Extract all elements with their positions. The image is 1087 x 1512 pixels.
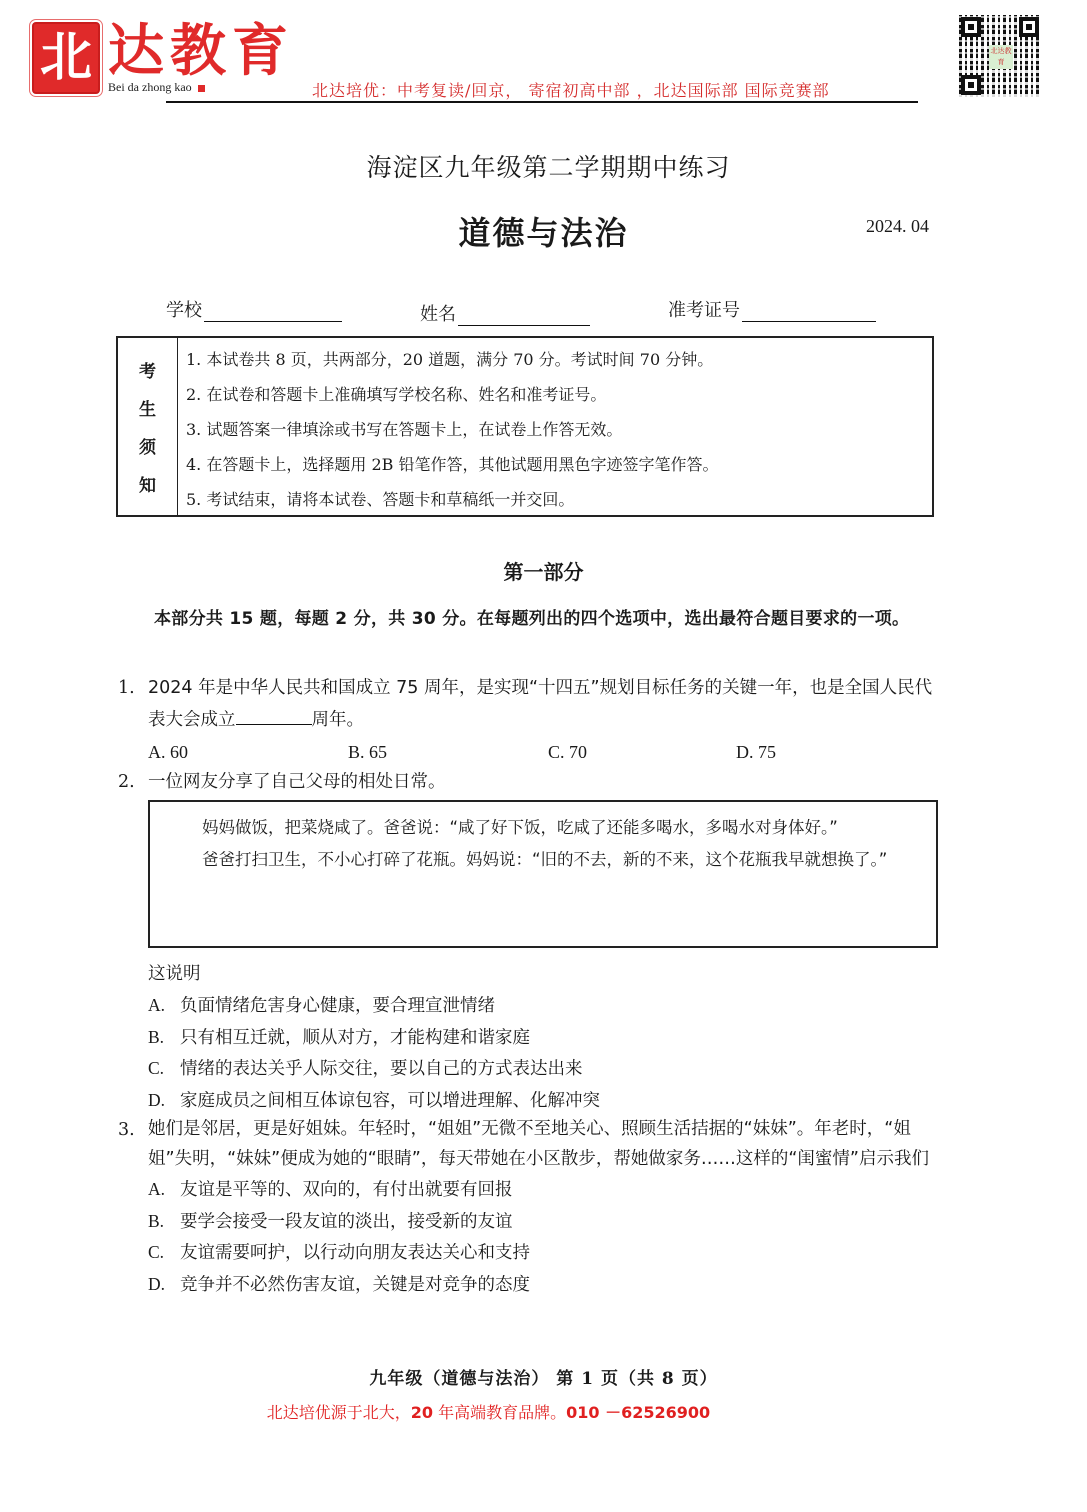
notice-item: 4. 在答题卡上，选择题用 2B 铅笔作答，其他试题用黑色字迹签字笔作答。 (186, 453, 932, 488)
question-text: 她们是邻居，更是好姐妹。年轻时，“姐姐”无微不至地关心、照顾生活拮据的“妹妹”。… (148, 1114, 940, 1174)
question-3: 3. 她们是邻居，更是好姐妹。年轻时，“姐姐”无微不至地关心、照顾生活拮据的“妹… (118, 1114, 940, 1300)
page-number-footer: 九年级（道德与法治） 第 1 页（共 8 页） (0, 1364, 1087, 1389)
red-square-icon (198, 85, 205, 92)
option-b[interactable]: B.要学会接受一段友谊的淡出，接受新的友谊 (148, 1206, 940, 1238)
exam-title: 海淀区九年级第二学期期中练习 (0, 148, 1087, 184)
banner-slogan: 北达培优：中考复读/回京， 寄宿初高中部 ，北达国际部 国际竞赛部 (312, 78, 830, 101)
school-field[interactable]: 学校 (166, 296, 342, 322)
brand-logo-subtitle: Bei da zhong kao (108, 80, 205, 95)
exam-id-field[interactable]: 准考证号 (668, 296, 876, 322)
material-box: 妈妈做饭，把菜烧咸了。爸爸说：“咸了好下饭，吃咸了还能多喝水，多喝水对身体好。”… (148, 800, 938, 948)
exam-date: 2024. 04 (866, 216, 929, 237)
school-label: 学校 (166, 296, 202, 322)
logo-glyph: 北 (40, 32, 92, 84)
part-title: 第一部分 (0, 556, 1087, 585)
material-paragraph: 爸爸打扫卫生，不小心打碎了花瓶。妈妈说：“旧的不去，新的不来，这个花瓶我早就想换… (168, 844, 920, 876)
promo-footer: 北达培优源于北大，20 年高端教育品牌。010 －62526900 (0, 1400, 1087, 1423)
notice-list: 1. 本试卷共 8 页，共两部分，20 道题，满分 70 分。考试时间 70 分… (178, 338, 932, 515)
option-text: 友谊需要呵护，以行动向朋友表达关心和支持 (180, 1243, 530, 1263)
options-list: A.负面情绪危害身心健康，要合理宣泄情绪 B.只有相互迁就，顺从对方，才能构建和… (148, 990, 938, 1116)
qr-finder-pattern (961, 17, 981, 37)
option-letter: C. (148, 1053, 180, 1085)
question-text-part: 周年。 (312, 710, 365, 730)
notice-label-char: 须 (139, 433, 156, 458)
notice-item: 5. 考试结束，请将本试卷、答题卡和草稿纸一并交回。 (186, 488, 932, 523)
option-b[interactable]: B. 65 (348, 736, 548, 768)
question-lead: 这说明 (148, 958, 938, 990)
promo-text: 北达培优源于北大， (267, 1403, 411, 1422)
option-text: 友谊是平等的、双向的，有付出就要有回报 (180, 1180, 513, 1200)
option-letter: D. (148, 1085, 180, 1117)
question-number: 3. (118, 1114, 148, 1174)
qr-finder-pattern (961, 75, 981, 95)
option-a[interactable]: A.负面情绪危害身心健康，要合理宣泄情绪 (148, 990, 938, 1022)
brand-logo-text: 达教育 (108, 18, 294, 84)
option-d[interactable]: D.竞争并不必然伤害友谊，关键是对竞争的态度 (148, 1269, 940, 1301)
option-text: 家庭成员之间相互体谅包容，可以增进理解、化解冲突 (180, 1091, 600, 1111)
notice-item: 3. 试题答案一律填涂或书写在答题卡上，在试卷上作答无效。 (186, 418, 932, 453)
name-field[interactable]: 姓名 (420, 300, 590, 326)
question-text: 一位网友分享了自己父母的相处日常。 (148, 766, 940, 798)
option-letter: A. (148, 1174, 180, 1206)
part-instructions: 本部分共 15 题，每题 2 分，共 30 分。在每题列出的四个选项中，选出最符… (118, 600, 938, 638)
school-blank[interactable] (204, 300, 342, 322)
option-d[interactable]: D.家庭成员之间相互体谅包容，可以增进理解、化解冲突 (148, 1085, 938, 1117)
notice-item: 2. 在试卷和答题卡上准确填写学校名称、姓名和准考证号。 (186, 383, 932, 418)
question-stem: 1. 2024 年是中华人民共和国成立 75 周年，是实现“十四五”规划目标任务… (118, 672, 940, 736)
question-2-options: 这说明 A.负面情绪危害身心健康，要合理宣泄情绪 B.只有相互迁就，顺从对方，才… (148, 958, 938, 1116)
qr-code-icon: 北达教育 (958, 14, 1042, 98)
exam-id-label: 准考证号 (668, 296, 740, 322)
option-d[interactable]: D. 75 (736, 736, 936, 768)
name-label: 姓名 (420, 300, 456, 326)
qr-center-logo: 北达教育 (989, 45, 1013, 69)
fill-blank (236, 705, 312, 725)
question-text: 2024 年是中华人民共和国成立 75 周年，是实现“十四五”规划目标任务的关键… (148, 672, 940, 736)
name-blank[interactable] (458, 304, 590, 326)
option-letter: C. (148, 1237, 180, 1269)
option-c[interactable]: C.情绪的表达关乎人际交往，要以自己的方式表达出来 (148, 1053, 938, 1085)
option-text: 竞争并不必然伤害友谊，关键是对竞争的态度 (180, 1275, 530, 1295)
question-number: 2. (118, 766, 148, 798)
option-c[interactable]: C.友谊需要呵护，以行动向朋友表达关心和支持 (148, 1237, 940, 1269)
option-text: 要学会接受一段友谊的淡出，接受新的友谊 (180, 1212, 513, 1232)
exam-id-blank[interactable] (742, 300, 876, 322)
option-letter: B. (148, 1022, 180, 1054)
question-stem: 2. 一位网友分享了自己父母的相处日常。 (118, 766, 940, 798)
question-1: 1. 2024 年是中华人民共和国成立 75 周年，是实现“十四五”规划目标任务… (118, 672, 940, 768)
options-row: A. 60 B. 65 C. 70 D. 75 (118, 736, 940, 768)
question-2: 2. 一位网友分享了自己父母的相处日常。 (118, 766, 940, 798)
notice-label-char: 生 (139, 395, 156, 420)
notice-label-char: 知 (139, 471, 156, 496)
notice-label-char: 考 (139, 357, 156, 382)
question-number: 1. (118, 672, 148, 736)
notice-item: 1. 本试卷共 8 页，共两部分，20 道题，满分 70 分。考试时间 70 分… (186, 348, 932, 383)
option-text: 负面情绪危害身心健康，要合理宣泄情绪 (180, 996, 495, 1016)
options-list: A.友谊是平等的、双向的，有付出就要有回报 B.要学会接受一段友谊的淡出，接受新… (118, 1174, 940, 1300)
brand-logo-mark: 北 (32, 22, 100, 94)
option-c[interactable]: C. 70 (548, 736, 736, 768)
option-b[interactable]: B.只有相互迁就，顺从对方，才能构建和谐家庭 (148, 1022, 938, 1054)
promo-years: 20 (411, 1403, 433, 1422)
question-stem: 3. 她们是邻居，更是好姐妹。年轻时，“姐姐”无微不至地关心、照顾生活拮据的“妹… (118, 1114, 940, 1174)
exam-notice-box: 考 生 须 知 1. 本试卷共 8 页，共两部分，20 道题，满分 70 分。考… (116, 336, 934, 517)
promo-phone: 010 －62526900 (566, 1403, 710, 1422)
option-letter: B. (148, 1206, 180, 1238)
promo-text: 年高端教育品牌。 (433, 1403, 566, 1422)
notice-label: 考 生 须 知 (118, 338, 178, 515)
option-a[interactable]: A.友谊是平等的、双向的，有付出就要有回报 (148, 1174, 940, 1206)
option-text: 只有相互迁就，顺从对方，才能构建和谐家庭 (180, 1028, 530, 1048)
option-a[interactable]: A. 60 (148, 736, 348, 768)
option-letter: D. (148, 1269, 180, 1301)
banner-divider (166, 101, 918, 103)
qr-finder-pattern (1019, 17, 1039, 37)
option-letter: A. (148, 990, 180, 1022)
logo-subtitle-text: Bei da zhong kao (108, 80, 192, 94)
material-paragraph: 妈妈做饭，把菜烧咸了。爸爸说：“咸了好下饭，吃咸了还能多喝水，多喝水对身体好。” (168, 812, 920, 844)
option-text: 情绪的表达关乎人际交往，要以自己的方式表达出来 (180, 1059, 583, 1079)
